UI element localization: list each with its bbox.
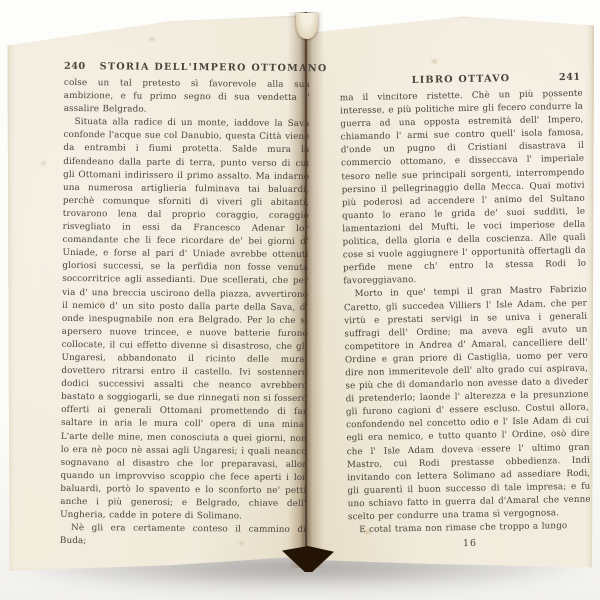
left-running-head: 240 STORIA DELL'IMPERO OTTOMANO xyxy=(64,61,310,74)
paragraph: ma il vincitore ristette. Chè un più pos… xyxy=(340,88,587,289)
right-page-text: LIBRO OTTAVO 241 ma il vincitore ristett… xyxy=(339,72,591,552)
left-body-text: colse un tal pretesto sì favorevole alla… xyxy=(60,77,310,551)
paragraph: colse un tal pretesto sì favorevole alla… xyxy=(64,77,310,118)
left-page-text: 240 STORIA DELL'IMPERO OTTOMANO colse un… xyxy=(60,61,310,551)
paragraph: Nè gli era certamente conteso il cammino… xyxy=(60,522,306,550)
left-running-title: STORIA DELL'IMPERO OTTOMANO xyxy=(100,61,328,74)
right-folio-number: 241 xyxy=(559,72,581,83)
book-photo: 240 STORIA DELL'IMPERO OTTOMANO colse un… xyxy=(0,0,600,600)
left-folio-number: 240 xyxy=(64,61,86,72)
gutter-page-curl xyxy=(296,13,318,39)
paragraph: Morto in que' tempi il gran Mastro Fabri… xyxy=(344,284,591,524)
right-running-title: LIBRO OTTAVO xyxy=(412,73,511,86)
paragraph: Situata alla radice di un monte, iaddove… xyxy=(60,116,310,524)
right-body-text: ma il vincitore ristette. Chè un più pos… xyxy=(340,88,592,538)
